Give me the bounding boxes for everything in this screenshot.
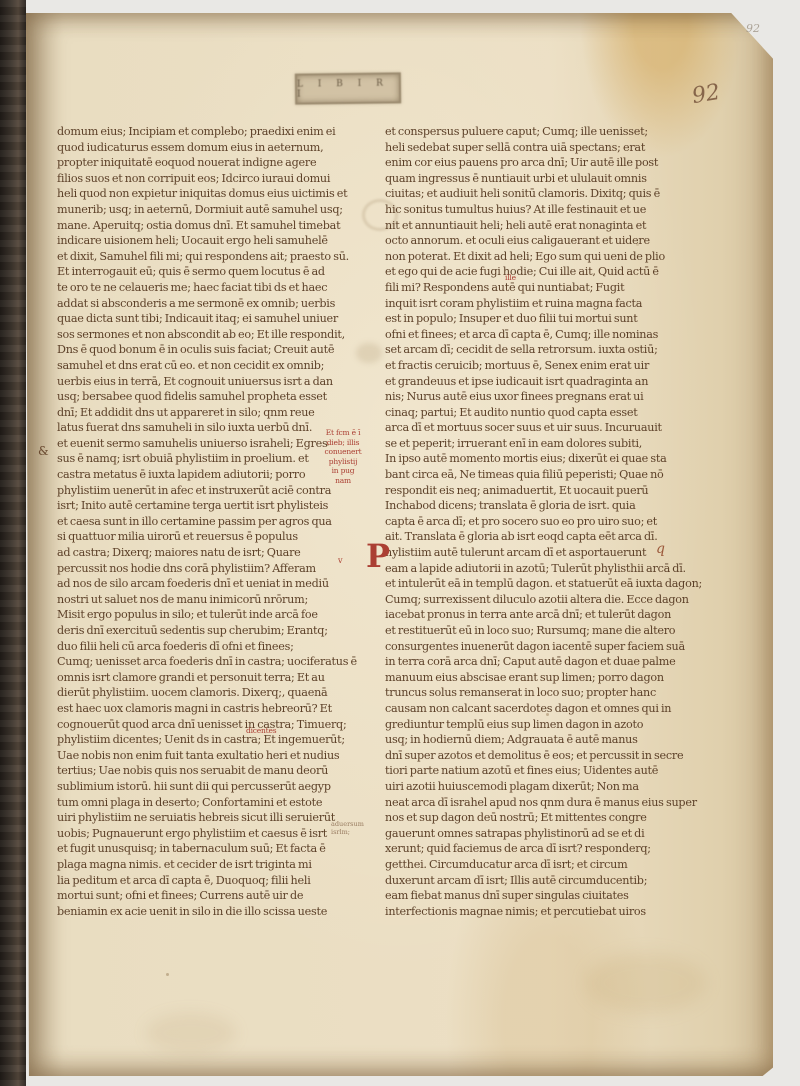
text-line: dnī; Et addidit dns ut appareret in silo… [57,405,341,421]
chapter-initial: P [366,540,390,572]
text-line: et caesa sunt in illo certamine passim p… [57,514,341,530]
text-line: est in populo; Insuper et duo filii tui … [385,311,673,327]
text-line: aduersum [331,820,373,828]
text-line: et fugit unusquisq; in tabernaculum suū;… [57,841,341,857]
text-line: Uae nobis non enim fuit tanta exultatio … [57,748,341,764]
text-line: uiri azotii huiuscemodi plagam dixerūt; … [385,779,673,795]
text-line: tertius; Uae nobis quis nos seruabit de … [57,763,341,779]
text-line: capta ē arca dī; et pro socero suo eo pr… [385,514,673,530]
text-line: ait. Translata ē gloria ab isrt eoqd cap… [385,529,673,545]
text-line: inquit isrt coram phylistiim et ruina ma… [385,296,673,312]
text-line: cinaq; partui; Et audito nuntio quod cap… [385,405,673,421]
text-line: xerunt; quid faciemus de arca dī isrt? r… [385,841,673,857]
text-line: isrlm; [331,828,373,836]
text-line: isrt; Inito autē certamine terga uertit … [57,498,341,514]
text-line: te oro te ne celaueris me; haec faciat t… [57,280,341,296]
text-line: ofni et finees; et arca dī capta ē, Cumq… [385,327,673,343]
text-line: eam fiebat manus dnī super singulas ciui… [385,888,673,904]
text-line: lia peditum et arca dī capta ē, Duoquoq;… [57,873,341,889]
text-column-left: domum eius; Incipiam et complebo; praedi… [57,124,341,919]
text-line: mortui sunt; ofni et finees; Currens aut… [57,888,341,904]
text-line: samuhel et dns erat cū eo. et non cecidi… [57,358,341,374]
text-line: quae dicta sunt tibi; Indicauit itaq; ei… [57,311,341,327]
text-line: usq; bersabee quod fidelis samuhel proph… [57,389,341,405]
text-line: dnī super azotos et demolitus ē eos; et … [385,748,673,764]
text-line: hic sonitus tumultus huius? At ille fest… [385,202,673,218]
text-line: gauerunt omnes satrapas phylistinorū ad … [385,826,673,842]
text-line: truncus solus remanserat in loco suo; pr… [385,685,673,701]
text-line: in pug [320,466,366,476]
text-line: bant circa eā, Ne timeas quia filiū pepe… [385,467,673,483]
text-line: consurgentes inuenerūt dagon iacentē sup… [385,639,673,655]
text-line: In ipso autē momento mortis eius; dixerū… [385,451,673,467]
text-line: Cumq; surrexissent diluculo azotii alter… [385,592,673,608]
text-line: Et fcm ē ī [320,428,366,438]
text-line: tiori parte natium azotū et fines eius; … [385,763,673,779]
text-line: et intulerūt eā in templū dagon. et stat… [385,576,673,592]
text-line: non poterat. Et dixit ad heli; Ego sum q… [385,249,673,265]
text-line: eam a lapide adiutorii in azotū; Tulerūt… [385,561,673,577]
interlinear-gloss: ille [505,273,516,282]
stain-blot [586,953,706,1013]
library-stamp: L I B I R I [295,72,401,104]
text-line: munerib; usq; in aeternū, Dormiuit autē … [57,202,341,218]
text-line: set arcam dī; cecidit de sella retrorsum… [385,342,673,358]
text-line: interfectionis magnae nimis; et percutie… [385,904,673,920]
text-line: filios suos et non corripuit eos; Idcirc… [57,171,341,187]
text-line: et euenit sermo samuhelis uniuerso israh… [57,436,341,452]
text-line: manuum eius abscisae erant sup limen; po… [385,670,673,686]
text-line: et ego qui de acie fugi hodie; Cui ille … [385,264,673,280]
text-line: sos sermones et non abscondit ab eo; Et … [57,327,341,343]
text-line: phylistij [320,457,366,467]
text-line: hylistiim autē tulerunt arcam dī et aspo… [385,545,673,561]
text-line: fili mi? Respondens autē qui nuntiabat; … [385,280,673,296]
text-line: Et interrogauit eū; quis ē sermo quem lo… [57,264,341,280]
library-stamp-label: L I B I R I [297,78,399,99]
stain-blot [146,1013,236,1053]
text-line: propter iniquitatē eoquod nouerat indign… [57,155,341,171]
right-margin-mark: q [656,541,665,557]
text-line: domum eius; Incipiam et complebo; praedi… [57,124,341,140]
text-line: sus ē namq; isrt obuiā phylistiim in pro… [57,451,341,467]
text-line: omnis isrt clamore grandi et personuit t… [57,670,341,686]
text-line: addat si absconderis a me sermonē ex omn… [57,296,341,312]
text-line: nam [320,476,366,486]
text-line: Dns ē quod bonum ē in oculis suis faciat… [57,342,341,358]
text-line: quam ingressus ē nuntiauit urbi et ulula… [385,171,673,187]
text-line: uobis; Pugnauerunt ergo phylistiim et ca… [57,826,341,842]
text-line: quod iudicaturus essem domum eius in aet… [57,140,341,156]
text-line: conuenert [320,447,366,457]
text-line: nos et sup dagon deū nostrū; Et mittente… [385,810,673,826]
text-line: ad castra; Dixerq; maiores natu de isrt;… [57,545,341,561]
text-line: grediuntur templū eius sup limen dagon i… [385,717,673,733]
book-binding-edge [0,0,26,1086]
text-line: ad nos de silo arcam foederis dnī et uen… [57,576,341,592]
text-line: iacebat pronus in terra ante arcā dnī; e… [385,607,673,623]
text-line: causam non calcant sacerdotes dagon et o… [385,701,673,717]
text-line: arca dī et mortuus socer suus et uir suu… [385,420,673,436]
text-line: et dixit, Samuhel fili mi; qui responden… [57,249,341,265]
text-line: heli quod non expietur iniquitas domus e… [57,186,341,202]
text-line: usq; in hodiernū diem; Adgrauata ē autē … [385,732,673,748]
text-line: uerbis eius in terrā, Et cognouit uniuer… [57,374,341,390]
text-line: deris dnī exercituū sedentis sup cherubi… [57,623,341,639]
interlinear-gloss: dicentes [246,726,276,735]
text-line: heli sedebat super sellā contra uiā spec… [385,140,673,156]
text-line: dierūt phylistiim. uocem clamoris. Dixer… [57,685,341,701]
text-line: castra metatus ē iuxta lapidem adiutorii… [57,467,341,483]
stain-blot [356,343,382,363]
text-line: plaga magna nimis. et cecider de isrt tr… [57,857,341,873]
text-line: in terra corā arca dnī; Caput autē dagon… [385,654,673,670]
text-line: sublimium istorū. hii sunt dii qui percu… [57,779,341,795]
text-line: nit et annuntiauit heli; heli autē erat … [385,218,673,234]
text-line: neat arca dī israhel apud nos qnm dura ē… [385,795,673,811]
text-line: getthei. Circumducatur arca dī isrt; et … [385,857,673,873]
text-line: nis; Nurus autē eius uxor finees pregnan… [385,389,673,405]
manuscript-photo: { "page": { "stamp_label": "L I B I R I"… [0,0,800,1086]
text-line: phylistiim uenerūt in afec et instruxerū… [57,483,341,499]
text-line: beniamin ex acie uenit in silo in die il… [57,904,341,920]
text-line: duxerunt arcam dī isrt; Illis autē circu… [385,873,673,889]
text-line: nostri ut saluet nos de manu inimicorū n… [57,592,341,608]
folio-number-ink: 92 [690,80,722,109]
text-line: et fractis ceruicib; mortuus ē, Senex en… [385,358,673,374]
text-line: et conspersus puluere caput; Cumq; ille … [385,124,673,140]
text-line: tum omni plaga in deserto; Confortamini … [57,795,341,811]
text-line: se et peperit; irruerant enī in eam dolo… [385,436,673,452]
text-line: respondit eis neq; animaduertit, Et uoca… [385,483,673,499]
text-column-right: et conspersus puluere caput; Cumq; ille … [385,124,673,919]
text-line: et grandeuus et ipse iudicauit isrt quad… [385,374,673,390]
text-line: percussit nos hodie dns corā phylistiim?… [57,561,341,577]
left-margin-mark: & [38,444,49,458]
text-line: si quattuor milia uirorū et reuersus ē p… [57,529,341,545]
text-line: duo filii heli cū arca foederis dī ofni … [57,639,341,655]
folio-number-pencil: 92 [746,22,760,35]
text-line: mane. Aperuitq; ostia domus dnī. Et samu… [57,218,341,234]
text-line: Cumq; uenisset arca foederis dnī in cast… [57,654,341,670]
text-line: enim cor eius pauens pro arca dnī; Uir a… [385,155,673,171]
tiny-marginal-note: aduersumisrlm; [331,820,373,836]
text-line: dieb; illis [320,438,366,448]
text-line: phylistiim dicentes; Uenit ds in castra;… [57,732,341,748]
side-mark: v [338,556,343,565]
text-line: indicare uisionem heli; Uocauit ergo hel… [57,233,341,249]
text-line: uiri phylistiim ne seruiatis hebreis sic… [57,810,341,826]
text-line: Misit ergo populus in silo; et tulerūt i… [57,607,341,623]
ink-speck [166,973,169,976]
text-line: octo annorum. et oculi eius caligauerant… [385,233,673,249]
text-line: est haec uox clamoris magni in castris h… [57,701,341,717]
text-line: cognouerūt quod arca dnī uenisset in cas… [57,717,341,733]
marginal-rubric-gloss: Et fcm ē īdieb; illisconuenertphylistiji… [320,428,366,485]
text-line: Inchabod dicens; translata ē gloria de i… [385,498,673,514]
text-line: et restituerūt eū in loco suo; Rursumq; … [385,623,673,639]
text-line: ciuitas; et audiuit heli sonitū clamoris… [385,186,673,202]
text-line: latus fuerat dns samuheli in silo iuxta … [57,420,341,436]
